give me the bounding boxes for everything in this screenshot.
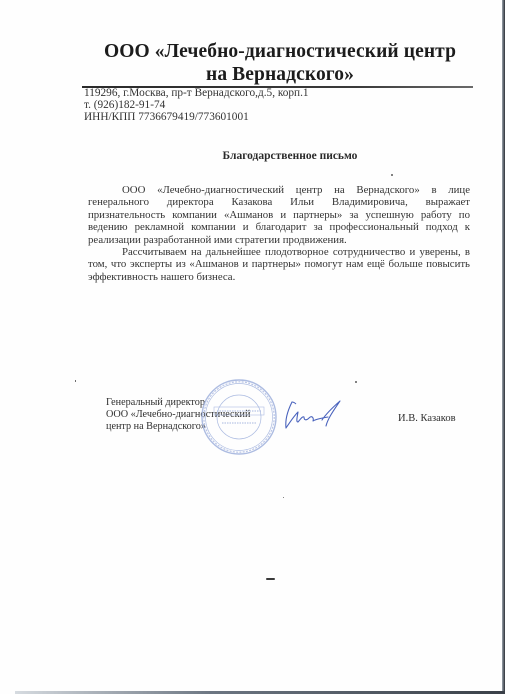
letter-paragraph: ООО «Лечебно-диагностический центр на Ве… bbox=[88, 184, 470, 246]
company-name-line-2: на Вернадского» bbox=[80, 63, 480, 86]
scanned-letter-page: ООО «Лечебно-диагностический центр на Ве… bbox=[0, 0, 505, 694]
letter-title: Благодарственное письмо bbox=[80, 150, 500, 162]
company-address: 119296, г.Москва, пр-т Вернадского,д.5, … bbox=[84, 87, 309, 99]
company-phone: т. (926)182-91-74 bbox=[84, 99, 309, 111]
letter-body: ООО «Лечебно-диагностический центр на Ве… bbox=[88, 184, 470, 283]
scan-speck bbox=[283, 497, 284, 498]
company-name-line-1: ООО «Лечебно-диагностический центр bbox=[80, 40, 480, 63]
scan-speck bbox=[391, 174, 393, 176]
signatory-name: И.В. Казаков bbox=[398, 413, 456, 424]
letterhead-company-name: ООО «Лечебно-диагностический центр на Ве… bbox=[80, 40, 480, 86]
handwritten-signature-icon bbox=[282, 398, 344, 434]
company-stamp-icon bbox=[200, 378, 278, 456]
scan-speck bbox=[75, 380, 76, 382]
letter-paragraph: Рассчитываем на дальнейшее плодотворное … bbox=[88, 246, 470, 283]
scan-speck bbox=[355, 381, 357, 383]
company-inn-kpp: ИНН/КПП 7736679419/773601001 bbox=[84, 111, 309, 123]
scan-speck bbox=[266, 578, 275, 580]
letterhead-contacts: 119296, г.Москва, пр-т Вернадского,д.5, … bbox=[84, 87, 309, 123]
